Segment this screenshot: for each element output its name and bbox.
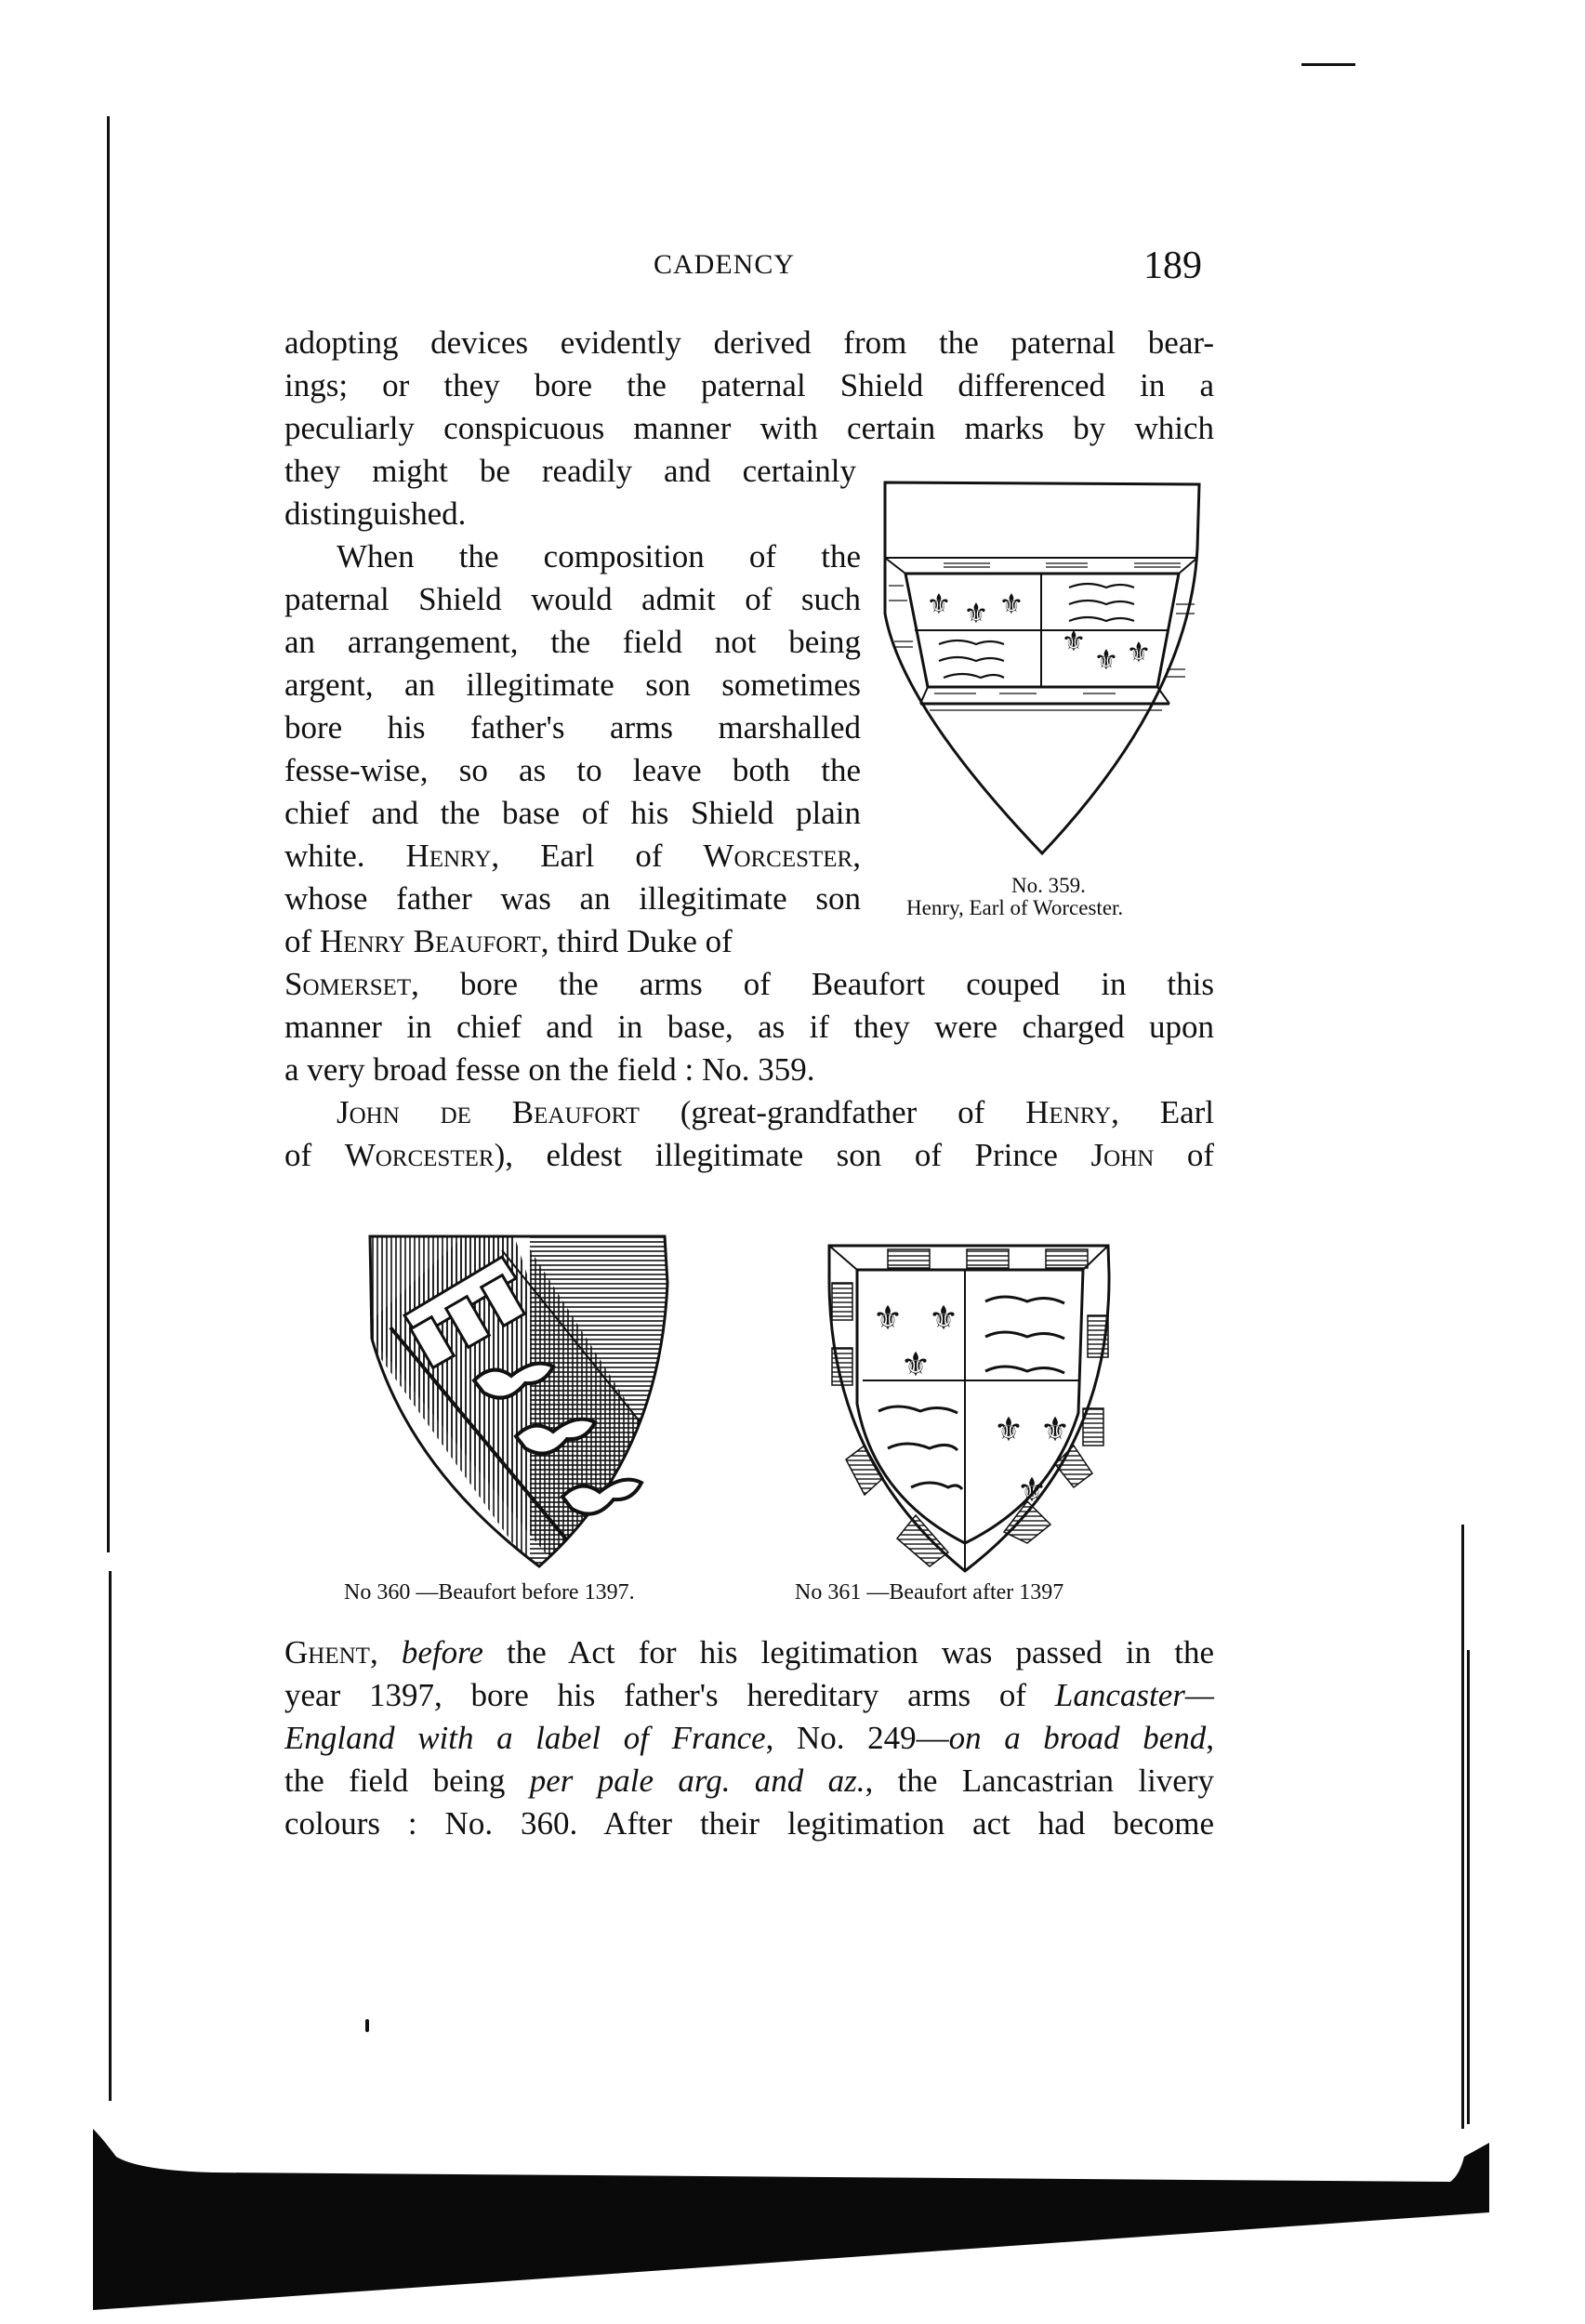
text-line: ings; or they bore the paternal Shield d… [284,364,1214,407]
text-line: they might be readily and certainly [284,450,856,493]
svg-text:⚜: ⚜ [1094,644,1119,677]
text-line: of Worcester), eldest illegitimate son o… [284,1134,1214,1177]
text-line: argent, an illegitimate son sometimes [284,664,861,706]
svg-text:⚜: ⚜ [929,1300,958,1338]
stray-mark [365,2019,369,2032]
text-line: white. Henry, Earl of Worcester, [284,835,861,878]
shield-360-illustration [353,1227,688,1580]
svg-text:⚜: ⚜ [927,588,952,621]
text-line: the field being per pale arg. and az., t… [284,1760,1214,1802]
svg-text:⚜: ⚜ [1062,626,1087,658]
figure-361-caption: No 361 —Beaufort after 1397 [795,1580,1063,1605]
svg-text:⚜: ⚜ [964,598,989,630]
svg-text:⚜: ⚜ [873,1300,903,1338]
text-line: manner in chief and in base, as if they … [284,1006,1214,1049]
text-line: colours : No. 360. After their legitimat… [284,1802,1214,1845]
shield-359-illustration: ⚜⚜⚜ ⚜ ⚜⚜ [874,465,1209,874]
text-line: paternal Shield would admit of such [284,578,861,621]
name-worcester: Worcester [345,1137,495,1173]
name-ghent: Ghent [284,1634,370,1670]
text-line: peculiarly conspicuous manner with certa… [284,407,1214,450]
name-worcester: Worcester [703,838,852,874]
text-line: Ghent, before the Act for his legitimati… [284,1631,1214,1674]
name-henry-beaufort: Henry Beaufort [320,923,541,959]
svg-text:⚜: ⚜ [994,1411,1024,1449]
text-line: John de Beaufort (great-grandfather of H… [337,1091,1214,1134]
svg-text:⚜: ⚜ [901,1346,931,1384]
figure-359-number: No. 359. [1011,874,1086,898]
text-line: whose father was an illegitimate son [284,878,861,920]
text-line: Somerset, bore the arms of Beaufort coup… [284,963,1214,1006]
text-line: year 1397, bore his father's hereditary … [284,1674,1214,1717]
text-line: a very broad fesse on the field : No. 35… [284,1049,1214,1091]
figure-359-caption: Henry, Earl of Worcester. [906,896,1123,920]
name-henry: Henry [405,838,491,874]
figure-360-caption: No 360 —Beaufort before 1397. [344,1580,635,1605]
text-line: England with a label of France, No. 249—… [284,1717,1214,1760]
svg-text:⚜: ⚜ [1017,1472,1047,1510]
svg-text:⚜: ⚜ [1127,637,1152,669]
name-henry: Henry [1025,1094,1111,1130]
running-head: CADENCY [654,249,795,281]
page-number: 189 [1143,244,1202,288]
text-line: distinguished. [284,493,861,535]
svg-text:⚜: ⚜ [999,588,1024,621]
shield-361-illustration: ⚜⚜⚜ ⚜⚜⚜ [818,1236,1134,1580]
text-line: adopting devices evidently derived from … [284,322,1214,364]
text-line: When the composition of the [337,535,861,578]
name-john-de-beaufort: John de Beaufort [337,1094,640,1130]
svg-text:⚜: ⚜ [1040,1411,1070,1449]
text-line: chief and the base of his Shield plain [284,792,861,835]
text-line: fesse-wise, so as to leave both the [284,749,861,792]
name-somerset: Somerset [284,966,411,1002]
text-line: an arrangement, the field not being [284,621,861,664]
name-john: John [1091,1137,1155,1173]
text-line: bore his father's arms marshalled [284,706,861,749]
text-line: of Henry Beaufort, third Duke of [284,920,842,963]
